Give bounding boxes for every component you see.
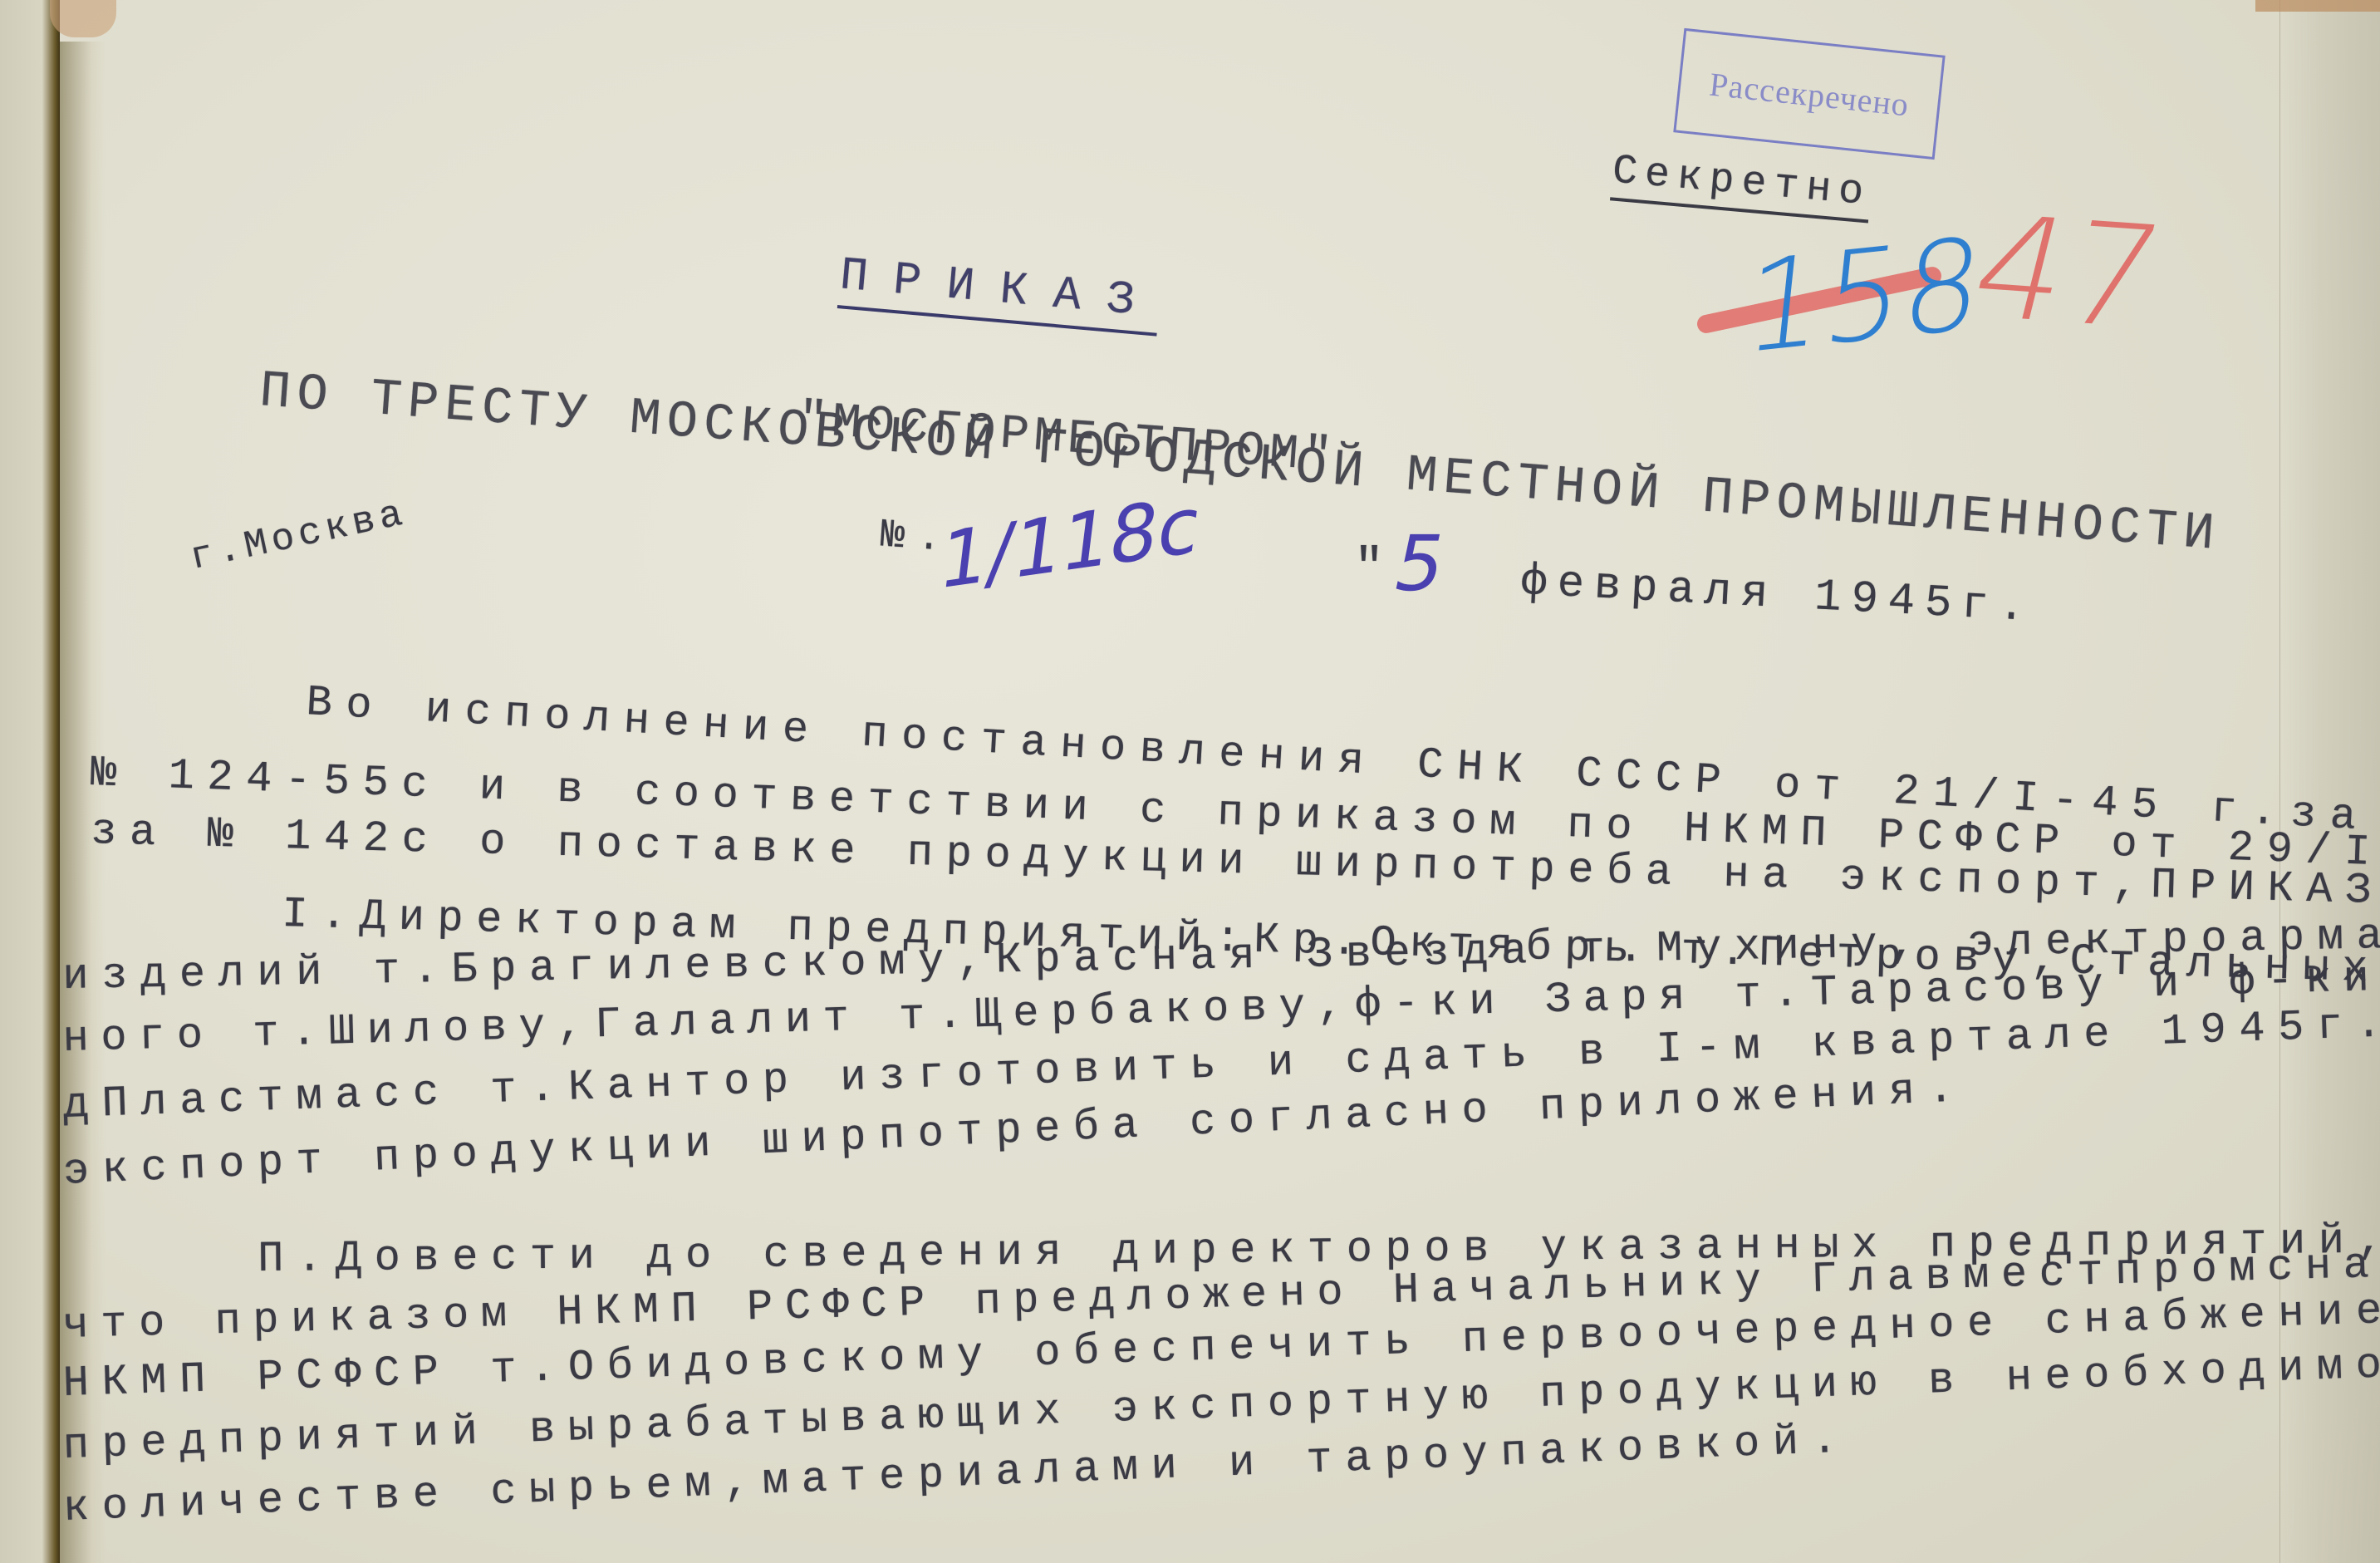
page-corner-tab [2255, 0, 2380, 12]
stamp-text: Рассекречено [1708, 64, 1911, 124]
date-day: 5 [1386, 519, 1454, 608]
declassified-stamp: Рассекречено [1673, 28, 1945, 160]
classification-label: Секретно [1610, 151, 1872, 224]
archive-number-crossed: 158 [1737, 211, 1989, 383]
binding-edge [0, 0, 60, 1563]
page-top-edge [50, 0, 116, 37]
city-label: г.Москва [187, 494, 410, 578]
archival-document-page: Рассекречено Секретно 158 47 ПРИКАЗ ПО Т… [0, 0, 2380, 1563]
date-month-year: февраля 1945г. [1519, 560, 2036, 632]
order-number: 1/118с [935, 479, 1205, 607]
archive-number-current: 47 [1957, 186, 2176, 361]
document-title: ПРИКАЗ [837, 252, 1162, 336]
